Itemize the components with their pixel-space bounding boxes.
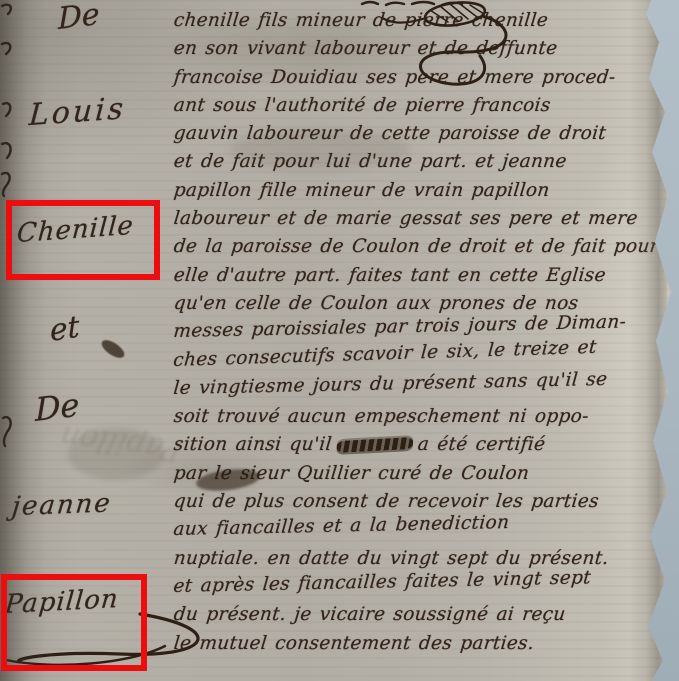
- margin-word-et: et: [49, 309, 80, 349]
- manuscript-line: et de fait pour lui d'une part. et jeann…: [172, 151, 677, 179]
- manuscript-line: chenille fils mineur de pierre chenille: [172, 10, 677, 38]
- bleed-through-smudge: [68, 428, 164, 480]
- line-fragment: sition ainsi qu'il: [173, 434, 333, 455]
- manuscript-line: francoise Douidiau ses pere et mere proc…: [172, 67, 677, 95]
- scribbled-out-words: [336, 437, 413, 453]
- manuscript-line: elle d'autre part. faites tant en cette …: [172, 265, 677, 293]
- manuscript-line: laboureur et de marie gessat ses pere et…: [172, 208, 677, 236]
- manuscript-line: le mutuel consentement des parties.: [172, 633, 677, 661]
- manuscript-line: gauvin laboureur de cette paroisse de dr…: [172, 123, 677, 151]
- line-fragment: a été certifié: [417, 434, 547, 455]
- manuscript-line: du présent. je vicaire soussigné ai reçu: [172, 604, 677, 632]
- manuscript-line: ant sous l'authorité de pierre francois: [172, 95, 677, 123]
- manuscript-line: en son vivant laboureur et de deffunte: [172, 38, 677, 66]
- margin-word-de-2: De: [35, 385, 80, 429]
- bleed-through-text: Papillon: [56, 419, 186, 468]
- margin-word-jeanne: jeanne: [10, 488, 113, 522]
- annotation-box-chenille: [6, 200, 160, 280]
- manuscript-line: par le sieur Quillier curé de Coulon: [172, 463, 677, 491]
- document-scan: De Louis Chenille et De jeanne Papillon …: [0, 0, 679, 681]
- margin-word-louis: Louis: [28, 91, 128, 133]
- act-text-column: chenille fils mineur de pierre chenille …: [172, 10, 674, 661]
- manuscript-line: de la paroisse de Coulon de droit et de …: [172, 236, 677, 264]
- margin-word-de: De: [58, 0, 100, 37]
- annotation-box-papillon: [1, 574, 147, 671]
- ink-blot: [99, 337, 127, 361]
- manuscript-line: soit trouvé aucun empeschement ni oppo-: [172, 406, 677, 434]
- manuscript-line: papillon fille mineur de vrain papillon: [172, 180, 677, 208]
- cropped-top-line-strokes: [360, 0, 510, 8]
- manuscript-line-with-scribble: sition ainsi qu'ila été certifié: [172, 434, 677, 462]
